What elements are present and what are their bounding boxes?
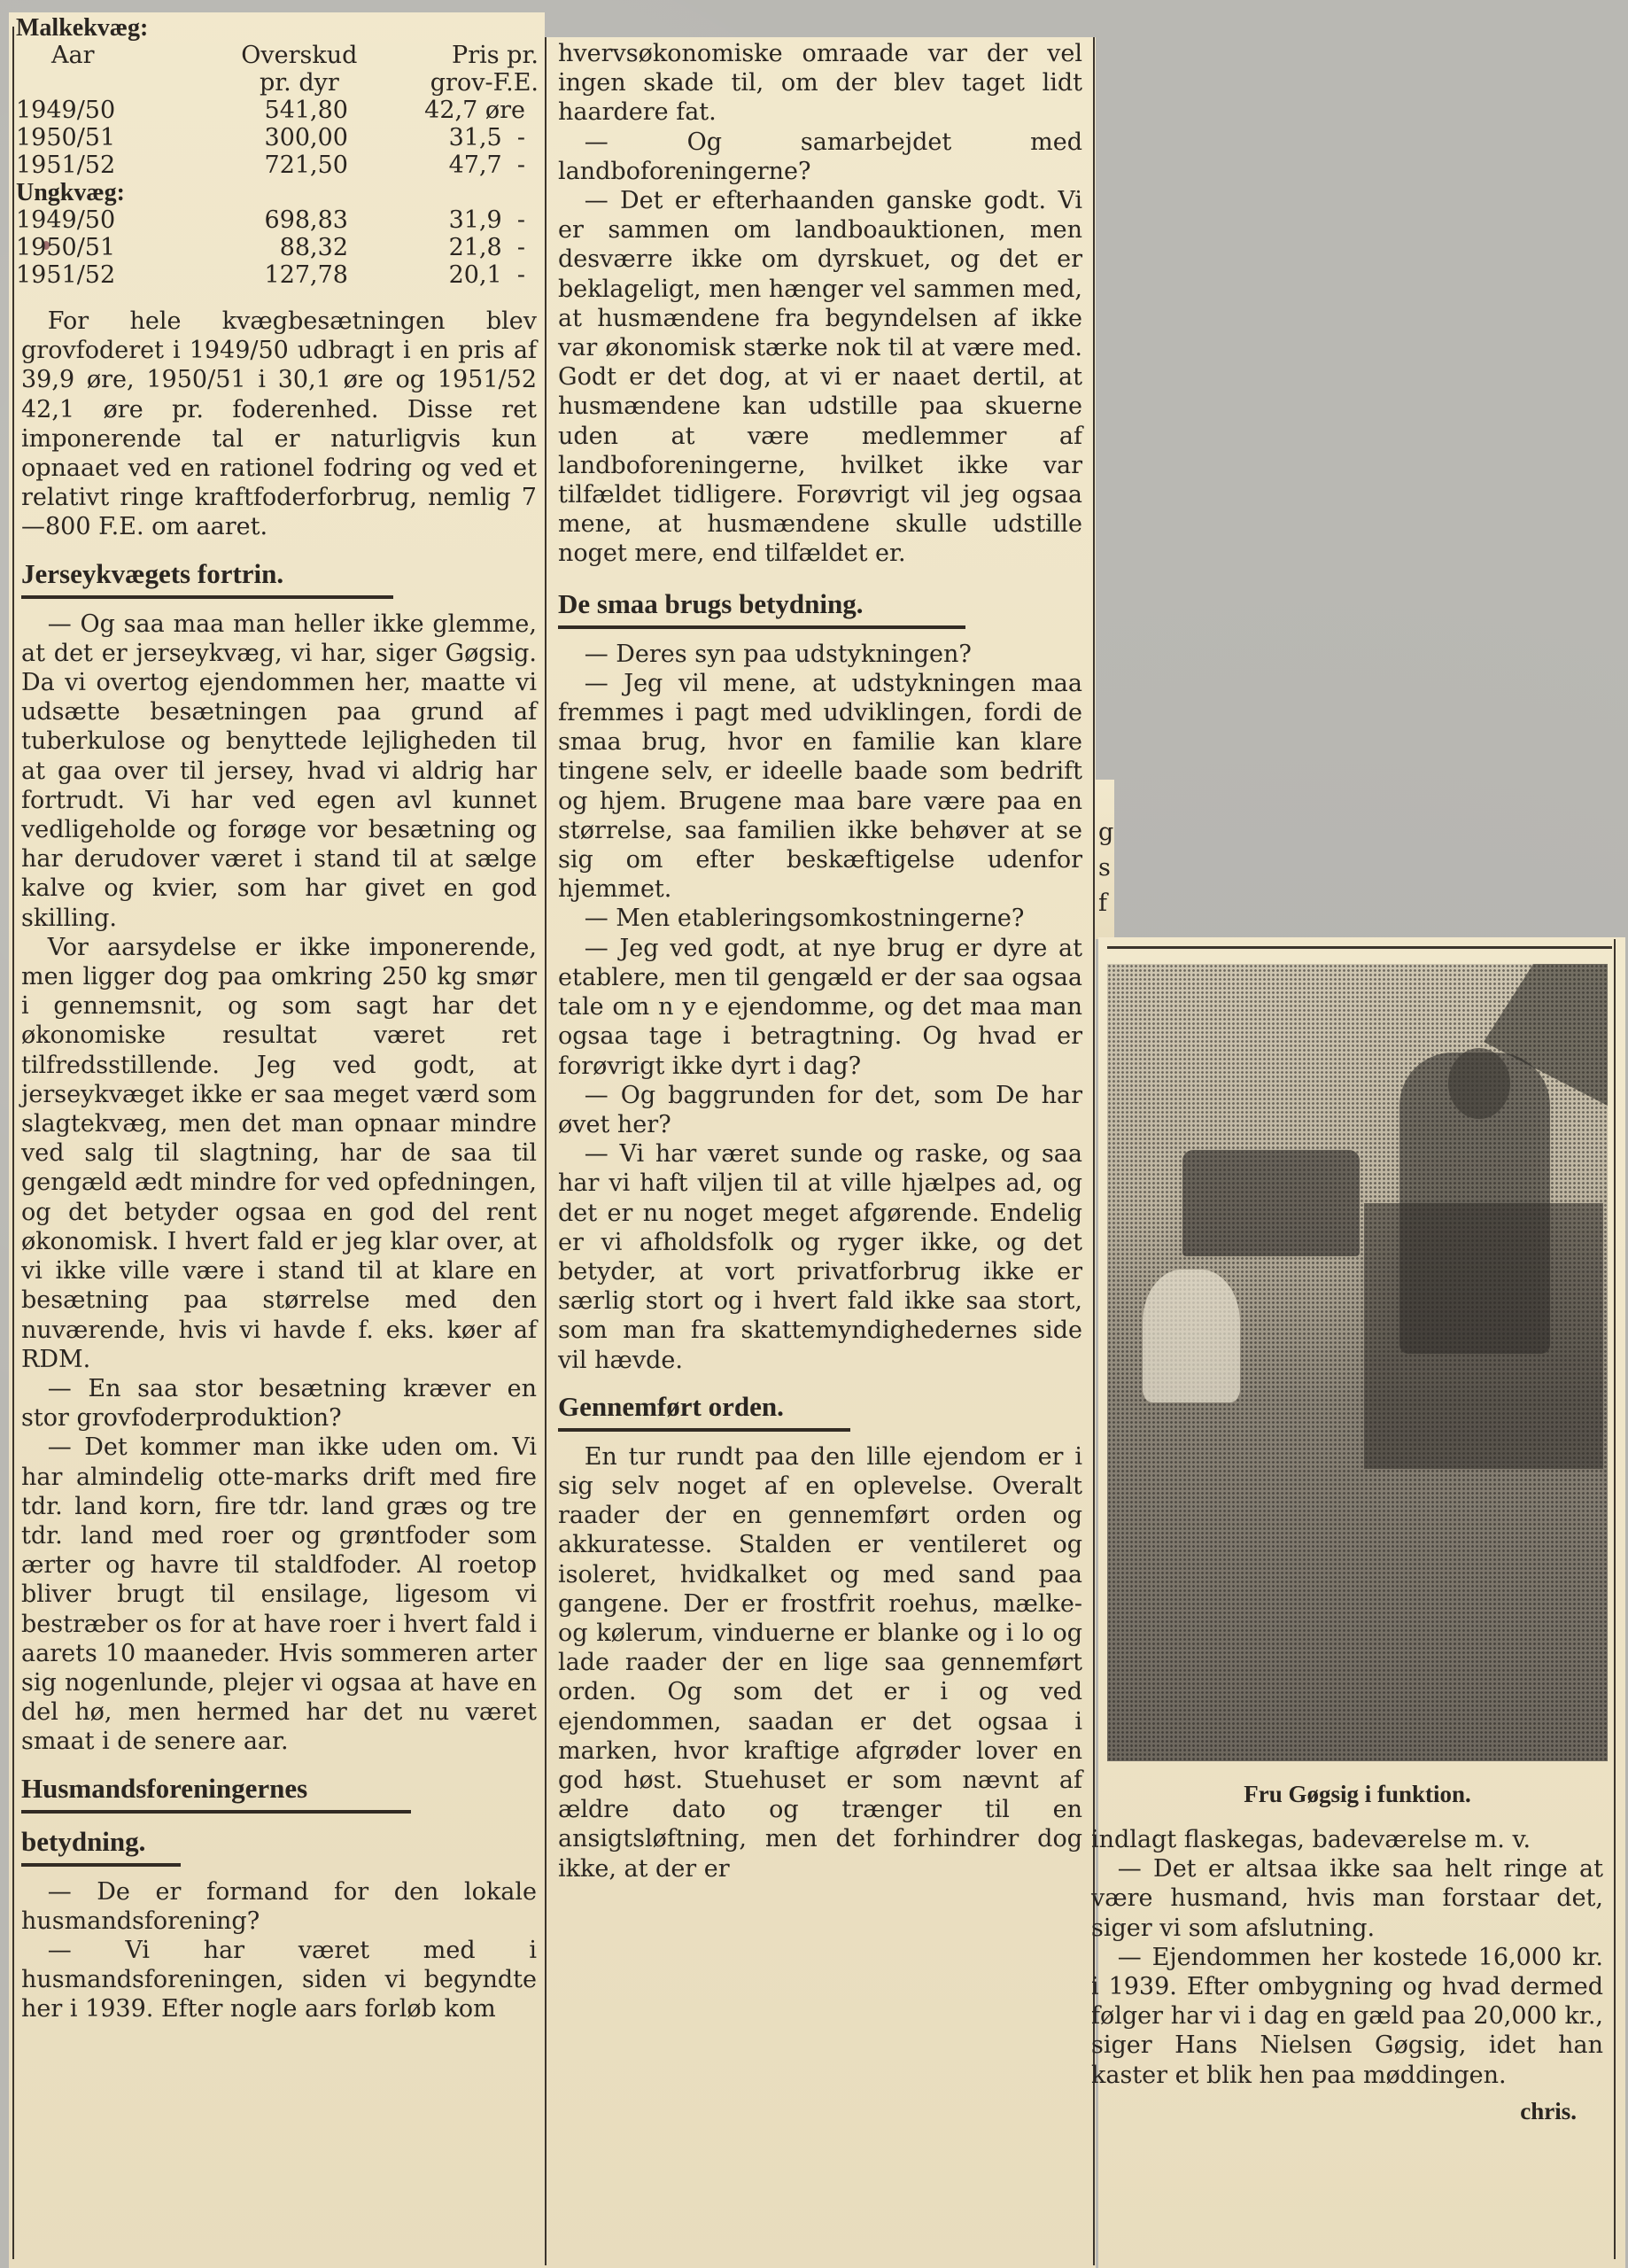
paragraph: — Og saa maa man heller ikke glemme, at …	[21, 610, 537, 933]
column-rule-1	[545, 37, 547, 2265]
paragraph: — Men etableringsomkostningerne?	[558, 904, 1082, 933]
paragraph: — En saa stor besætning kræver en stor g…	[21, 1374, 537, 1433]
paragraph: — Og baggrunden for det, som De har øvet…	[558, 1081, 1082, 1139]
article-column-2: hvervsøkonomiske omraade var der vel ing…	[558, 39, 1082, 1884]
table-header-row-2: pr. dyr grov-F.E.	[16, 69, 539, 97]
dog-figure	[1143, 1270, 1240, 1402]
paragraph: — Vi har været sunde og raske, og saa ha…	[558, 1139, 1082, 1375]
paragraph: indlagt flaskegas, badeværelse m. v.	[1091, 1825, 1603, 1854]
table-shape	[1364, 1203, 1603, 1469]
cattle-statistics-table: Malkekvæg: Aar Overskud Pris pr. pr. dyr…	[16, 14, 539, 289]
header-surplus-2: pr. dyr	[198, 69, 400, 97]
table-row: 1949/50 698,83 31,9 -	[16, 206, 539, 234]
table-row: 1950/51 88,32 21,8 -	[16, 234, 539, 261]
section-heading: Jerseykvægets fortrin.	[21, 556, 537, 592]
paragraph: — Vi har været med i husmandsforeningen,…	[21, 1936, 537, 2024]
paragraph: — De er formand for den lokale husmandsf…	[21, 1877, 537, 1936]
header-price: Pris pr.	[400, 42, 539, 69]
paragraph: — Det er efterhaanden ganske godt. Vi er…	[558, 186, 1082, 569]
section-heading: De smaa brugs betydning.	[558, 586, 1082, 622]
column-rule-right	[1614, 939, 1616, 2259]
paragraph: Vor aarsydelse er ikke imponerende, men …	[21, 933, 537, 1374]
table-group-label: Ungkvæg:	[16, 179, 539, 206]
paragraph: — Jeg ved godt, at nye brug er dyre at e…	[558, 934, 1082, 1081]
heading-underline	[21, 595, 393, 599]
article-column-3: indlagt flaskegas, badeværelse m. v. — D…	[1091, 1825, 1603, 2126]
section-heading: Gennemført orden.	[558, 1389, 1082, 1425]
paragraph: For hele kvægbesætningen blev grovfodere…	[21, 307, 537, 542]
table-row: 1949/50 541,80 42,7 øre	[16, 97, 539, 124]
section-heading: Husmandsforeningernes	[21, 1771, 537, 1806]
table-row: 1951/52 721,50 47,7 -	[16, 151, 539, 179]
column-rule-left	[12, 27, 14, 2259]
section-heading-continued: betydning.	[21, 1824, 537, 1860]
article-column-1: For hele kvægbesætningen blev grovfodere…	[21, 307, 537, 2024]
table-group-label: Malkekvæg:	[16, 14, 539, 42]
table-header-row: Aar Overskud Pris pr.	[16, 42, 539, 69]
header-surplus: Overskud	[198, 42, 400, 69]
paragraph: — Deres syn paa udstykningen?	[558, 640, 1082, 669]
car-shape	[1182, 1150, 1360, 1256]
table-row: 1950/51 300,00 31,5 -	[16, 124, 539, 151]
author-signature: chris.	[1091, 2097, 1577, 2126]
heading-underline	[558, 625, 965, 629]
table-row: 1951/52 127,78 20,1 -	[16, 261, 539, 289]
paragraph: En tur rundt paa den lille ejendom er i …	[558, 1442, 1082, 1884]
header-year: Aar	[16, 42, 198, 69]
paragraph: — Det er altsaa ikke saa helt ringe at v…	[1091, 1854, 1603, 1943]
heading-underline	[21, 1810, 411, 1814]
paragraph: hvervsøkonomiske omraade var der vel ing…	[558, 39, 1082, 128]
paragraph: — Og samarbejdet med landboforeningerne?	[558, 128, 1082, 186]
paragraph: — Ejendommen her kostede 16,000 kr. i 19…	[1091, 1943, 1603, 2090]
photo-caption: Fru Gøgsig i funktion.	[1107, 1781, 1608, 1808]
heading-underline	[558, 1428, 850, 1432]
halftone-photo	[1107, 964, 1608, 1761]
heading-underline	[21, 1863, 181, 1867]
cut-strip-letters: g s f	[1098, 815, 1116, 921]
paragraph: — Det kommer man ikke uden om. Vi har al…	[21, 1433, 537, 1756]
header-price-2: grov-F.E.	[400, 69, 539, 97]
photo-top-rule	[1107, 946, 1612, 949]
paragraph: — Jeg vil mene, at udstykningen maa frem…	[558, 669, 1082, 905]
woman-head	[1448, 1048, 1510, 1119]
